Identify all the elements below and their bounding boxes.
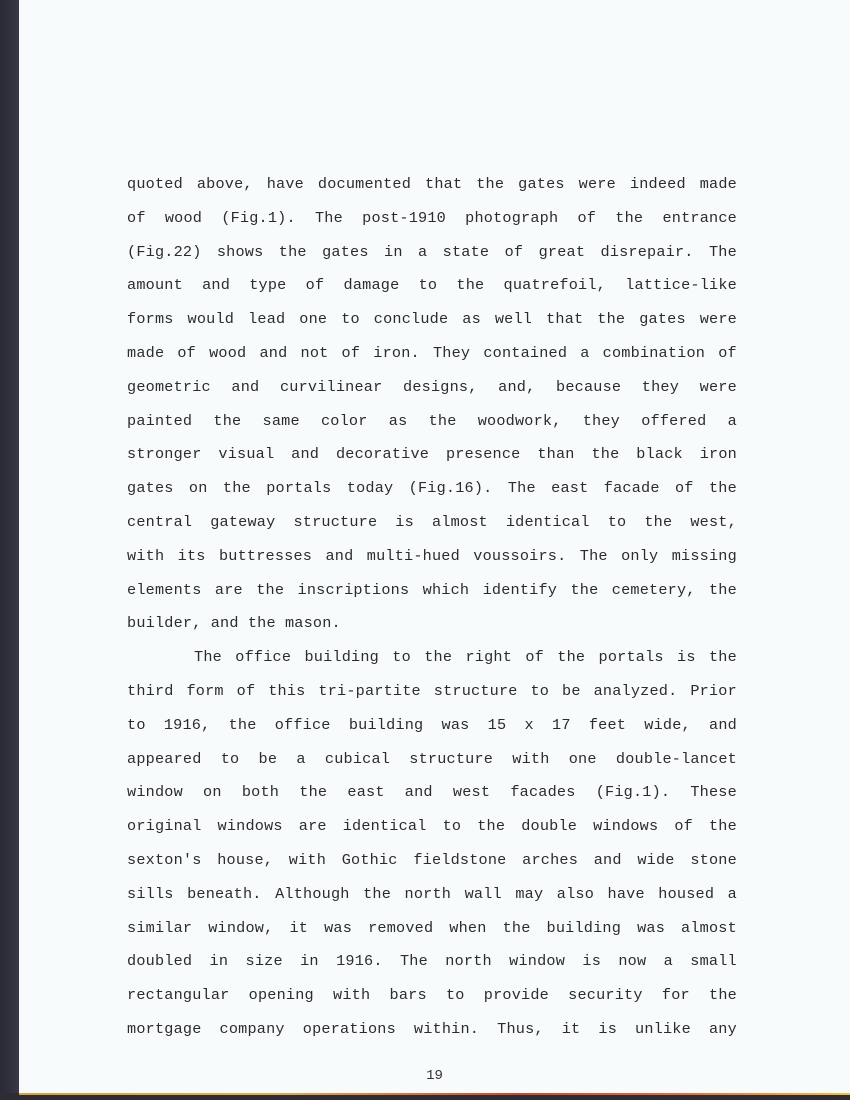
text-line: appearedtobeacubicalstructurewithonedoub…	[127, 748, 737, 782]
text-line: centralgatewaystructureisalmostidentical…	[127, 511, 737, 545]
text-line: mortgagecompanyoperationswithin.Thus,iti…	[127, 1018, 737, 1052]
text-line: strongervisualanddecorativepresencethant…	[127, 443, 737, 477]
scan-left-border	[0, 0, 19, 1100]
page-number: 19	[19, 1068, 850, 1084]
text-line: geometricandcurvilineardesigns,and,becau…	[127, 376, 737, 410]
scan-bottom-border	[0, 1093, 850, 1100]
text-line: ofwood(Fig.1).Thepost-1910photographofth…	[127, 207, 737, 241]
text-line: builder,andthemason.	[127, 612, 737, 646]
text-line: (Fig.22)showsthegatesinastateofgreatdisr…	[127, 241, 737, 275]
text-line: windowonboththeeastandwestfacades(Fig.1)…	[127, 781, 737, 815]
text-line: Theofficebuildingtotherightoftheportalsi…	[127, 646, 737, 680]
text-line: paintedthesamecolorasthewoodwork,theyoff…	[127, 410, 737, 444]
paragraph: quotedabove,havedocumentedthatthegateswe…	[127, 173, 737, 646]
text-line: to1916,theofficebuildingwas15x17feetwide…	[127, 714, 737, 748]
document-page: quotedabove,havedocumentedthatthegateswe…	[19, 0, 850, 1093]
text-line: amountandtypeofdamagetothequatrefoil,lat…	[127, 274, 737, 308]
text-line: sillsbeneath.Althoughthenorthwallmayalso…	[127, 883, 737, 917]
text-line: originalwindowsareidenticaltothedoublewi…	[127, 815, 737, 849]
text-line: withitsbuttressesandmulti-huedvoussoirs.…	[127, 545, 737, 579]
text-line: gatesontheportalstoday(Fig.16).Theeastfa…	[127, 477, 737, 511]
body-text: quotedabove,havedocumentedthatthegateswe…	[127, 173, 737, 1052]
text-line: sexton'shouse,withGothicfieldstonearches…	[127, 849, 737, 883]
text-line: thirdformofthistri-partitestructuretobea…	[127, 680, 737, 714]
text-line: madeofwoodandnotofiron.Theycontainedacom…	[127, 342, 737, 376]
text-line: similarwindow,itwasremovedwhenthebuildin…	[127, 917, 737, 951]
text-line: rectangularopeningwithbarstoprovidesecur…	[127, 984, 737, 1018]
text-line: doubledinsizein1916.Thenorthwindowisnowa…	[127, 950, 737, 984]
paragraph: Theofficebuildingtotherightoftheportalsi…	[127, 646, 737, 1052]
text-line: quotedabove,havedocumentedthatthegateswe…	[127, 173, 737, 207]
text-line: formswouldleadonetoconcludeaswellthatthe…	[127, 308, 737, 342]
text-line: elementsaretheinscriptionswhichidentifyt…	[127, 579, 737, 613]
